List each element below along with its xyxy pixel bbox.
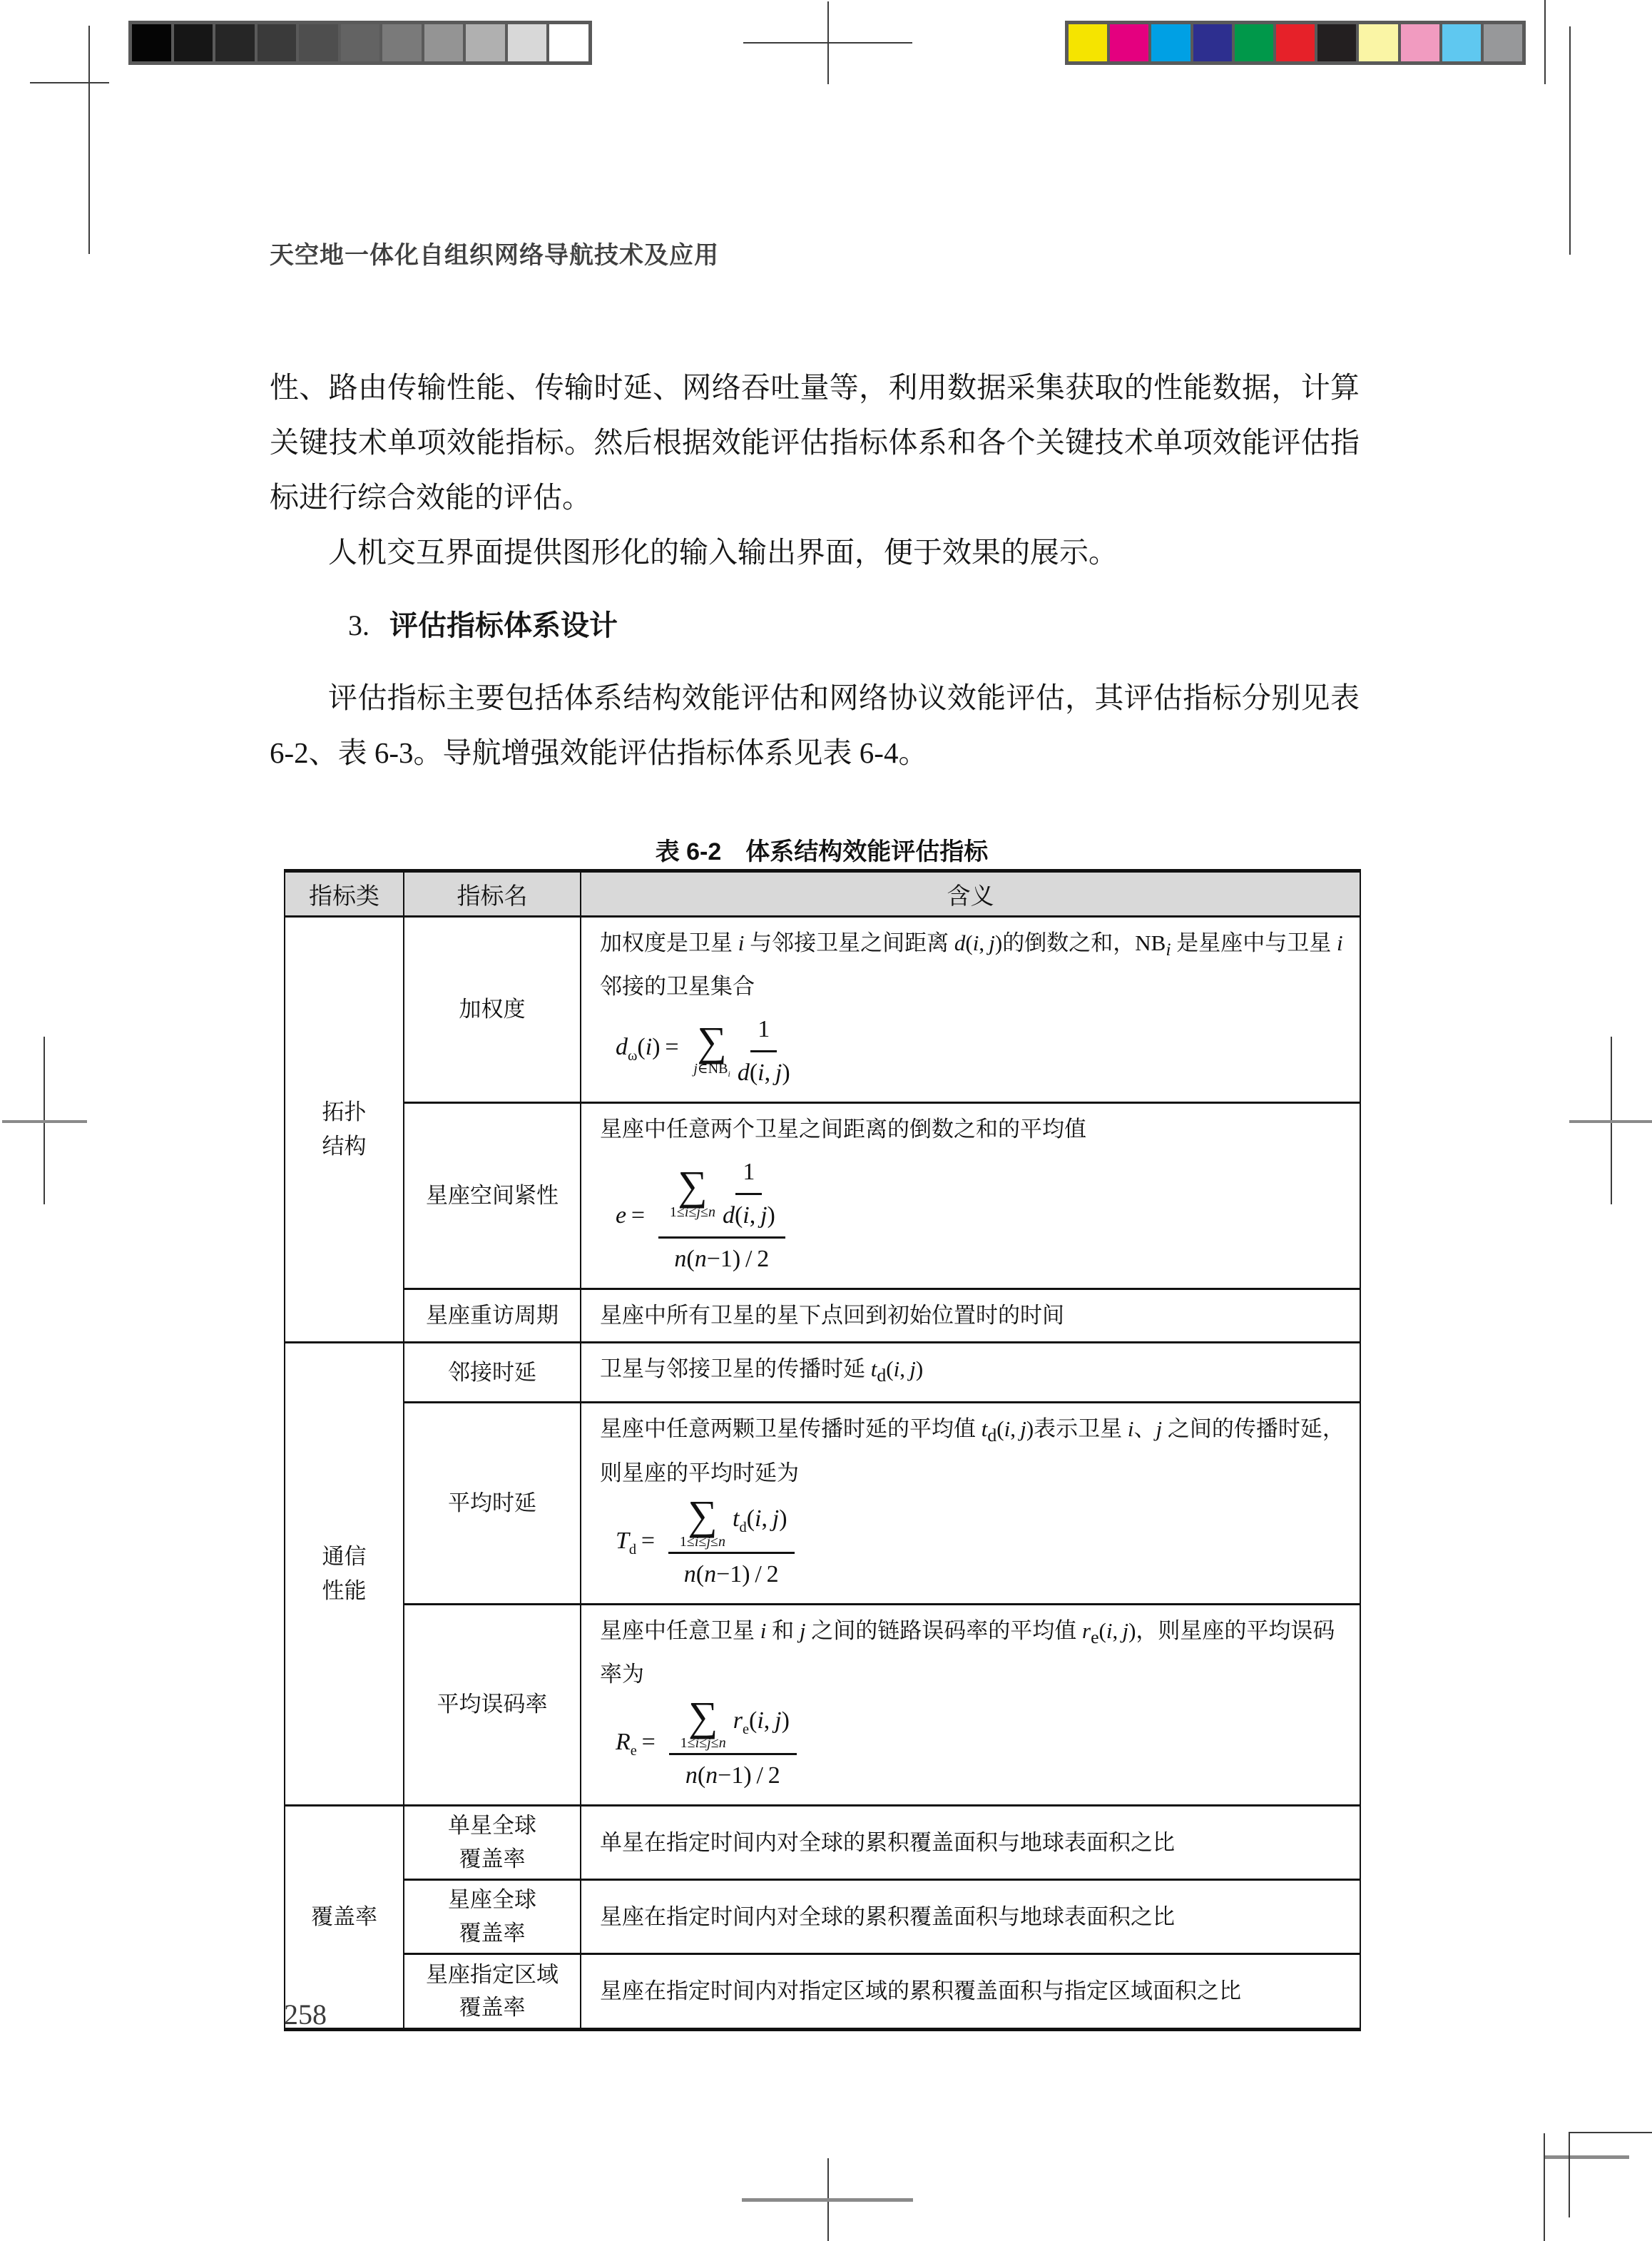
metric-name-cell: 平均时延 [404,1403,581,1604]
metric-name-cell: 星座全球覆盖率 [404,1880,581,1954]
metric-formula: Td = ∑1≤i≤j≤ntd(i, j)n(n−1) / 2 [600,1528,797,1553]
metric-formula: Re = ∑1≤i≤j≤nre(i, j)n(n−1) / 2 [600,1729,800,1754]
calibration-swatch [1110,24,1148,61]
metric-description: 星座中任意卫星 i 和 j 之间的链路误码率的平均值 re(i, j)，则星座的… [600,1612,1347,1693]
crop-mark-top-center-vertical [827,1,829,84]
calibration-swatch [382,24,422,61]
calibration-swatch [258,24,297,61]
table-row: 星座指定区域覆盖率 星座在指定时间内对指定区域的累积覆盖面积与指定区域面积之比 [285,1954,1360,2030]
calibration-swatch [215,24,255,61]
crop-mark-left-middle-horizontal [2,1120,87,1123]
calibration-swatch [341,24,380,61]
category-cell-coverage: 覆盖率 [285,1806,404,2030]
table-row: 星座空间紧性 星座中任意两个卫星之间距离的倒数之和的平均值 e = ∑1≤i≤j… [285,1103,1360,1289]
table-row: 平均时延 星座中任意两颗卫星传播时延的平均值 td(i, j)表示卫星 i、j … [285,1403,1360,1604]
table-row: 星座重访周期 星座中所有卫星的星下点回到初始位置时的时间 [285,1289,1360,1343]
metric-description: 加权度是卫星 i 与邻接卫星之间距离 d(i, j)的倒数之和，NBi 是星座中… [600,925,1347,1005]
metric-meaning-cell: 星座在指定时间内对指定区域的累积覆盖面积与指定区域面积之比 [581,1954,1360,2030]
metric-description: 卫星与邻接卫星的传播时延 td(i, j) [600,1351,1347,1394]
category-cell-topology: 拓扑结构 [285,917,404,1343]
crop-mark-bottom-right-corner-horizontal [1569,2132,1652,2133]
metric-name-cell: 星座空间紧性 [404,1103,581,1289]
metric-name-cell: 星座重访周期 [404,1289,581,1343]
calibration-swatch [549,24,588,61]
grayscale-calibration-bar [128,21,592,65]
section-heading-text: 评估指标体系设计 [389,610,618,641]
category-cell-communication: 通信性能 [285,1343,404,1806]
metric-formula: dω(i) = ∑j∈NBi1d(i, j) [600,1035,793,1059]
table-row: 拓扑结构 加权度 加权度是卫星 i 与邻接卫星之间距离 d(i, j)的倒数之和… [285,917,1360,1103]
metrics-table: 指标类 指标名 含义 拓扑结构 加权度 加权度是卫星 i 与邻接卫星之间距离 d… [284,869,1361,2031]
calibration-swatch [1442,24,1481,61]
metric-description: 星座在指定时间内对指定区域的累积覆盖面积与指定区域面积之比 [600,1973,1347,2010]
page-number: 258 [284,1998,327,2031]
metric-description: 星座中任意两个卫星之间距离的倒数之和的平均值 [600,1111,1347,1148]
metric-meaning-cell: 卫星与邻接卫星的传播时延 td(i, j) [581,1343,1360,1403]
metric-name-cell: 星座指定区域覆盖率 [404,1954,581,2030]
crop-mark-top-right-vertical-1 [1544,0,1546,84]
metric-meaning-cell: 星座中任意卫星 i 和 j 之间的链路误码率的平均值 re(i, j)，则星座的… [581,1604,1360,1805]
running-head-book-title: 天空地一体化自组织网络导航技术及应用 [270,235,719,270]
table-row: 星座全球覆盖率 星座在指定时间内对全球的累积覆盖面积与地球表面积之比 [285,1880,1360,1954]
calibration-swatch [1359,24,1397,61]
header-cell-meaning: 含义 [581,871,1360,917]
crop-mark-bottom-right-corner-vertical [1569,2132,1570,2217]
calibration-swatch [1151,24,1190,61]
calibration-swatch [1484,24,1522,61]
calibration-swatch [1317,24,1356,61]
calibration-swatch [508,24,547,61]
paragraph-2: 人机交互界面提供图形化的输入输出界面，便于效果的展示。 [270,525,1360,580]
metric-meaning-cell: 星座在指定时间内对全球的累积覆盖面积与地球表面积之比 [581,1880,1360,1954]
calibration-swatch [424,24,464,61]
crop-mark-bottom-right-horizontal-gray [1545,2155,1629,2159]
metric-meaning-cell: 单星在指定时间内对全球的累积覆盖面积与地球表面积之比 [581,1806,1360,1880]
crop-mark-top-left-vertical [88,26,90,254]
calibration-swatch [1235,24,1273,61]
calibration-swatch [299,24,338,61]
section-heading-number: 3. [348,609,369,641]
metric-meaning-cell: 星座中所有卫星的星下点回到初始位置时的时间 [581,1289,1360,1343]
metric-description: 星座在指定时间内对全球的累积覆盖面积与地球表面积之比 [600,1899,1347,1936]
paragraph-3: 评估指标主要包括体系结构效能评估和网络协议效能评估，其评估指标分别见表 6-2、… [270,671,1360,781]
paragraph-1: 性、路由传输性能、传输时延、网络吞吐量等，利用数据采集获取的性能数据，计算关键技… [270,360,1360,525]
calibration-swatch [132,24,171,61]
table-caption: 表 6-2 体系结构效能评估指标 [284,832,1360,867]
metric-description: 星座中所有卫星的星下点回到初始位置时的时间 [600,1297,1347,1334]
metric-description: 单星在指定时间内对全球的累积覆盖面积与地球表面积之比 [600,1824,1347,1861]
crop-mark-top-right-vertical-2 [1569,26,1571,255]
calibration-swatch [1193,24,1232,61]
calibration-swatch [1069,24,1107,61]
calibration-swatch [466,24,505,61]
metric-meaning-cell: 星座中任意两颗卫星传播时延的平均值 td(i, j)表示卫星 i、j 之间的传播… [581,1403,1360,1604]
crop-mark-bottom-center-horizontal [742,2198,913,2202]
book-page: 天空地一体化自组织网络导航技术及应用 性、路由传输性能、传输时延、网络吞吐量等，… [0,0,1652,2241]
calibration-swatch [174,24,213,61]
color-calibration-bar [1065,21,1526,65]
table-row: 平均误码率 星座中任意卫星 i 和 j 之间的链路误码率的平均值 re(i, j… [285,1604,1360,1805]
metric-description: 星座中任意两颗卫星传播时延的平均值 td(i, j)表示卫星 i、j 之间的传播… [600,1411,1347,1491]
metric-formula: e = ∑1≤i≤j≤n1d(i, j)n(n−1) / 2 [600,1203,788,1228]
header-cell-category: 指标类 [285,871,404,917]
metric-meaning-cell: 星座中任意两个卫星之间距离的倒数之和的平均值 e = ∑1≤i≤j≤n1d(i,… [581,1103,1360,1289]
table-row: 覆盖率 单星全球覆盖率 单星在指定时间内对全球的累积覆盖面积与地球表面积之比 [285,1806,1360,1880]
crop-mark-bottom-right-vertical-1 [1544,2133,1545,2241]
metric-name-cell: 平均误码率 [404,1604,581,1805]
header-cell-name: 指标名 [404,871,581,917]
metric-name-cell: 加权度 [404,917,581,1103]
table-row: 通信性能 邻接时延 卫星与邻接卫星的传播时延 td(i, j) [285,1343,1360,1403]
calibration-swatch [1401,24,1439,61]
calibration-swatch [1276,24,1315,61]
metrics-table-wrapper: 指标类 指标名 含义 拓扑结构 加权度 加权度是卫星 i 与邻接卫星之间距离 d… [284,869,1360,2031]
metric-name-cell: 邻接时延 [404,1343,581,1403]
metric-meaning-cell: 加权度是卫星 i 与邻接卫星之间距离 d(i, j)的倒数之和，NBi 是星座中… [581,917,1360,1103]
crop-mark-top-left-horizontal [30,82,109,83]
crop-mark-right-middle-horizontal [1569,1120,1652,1123]
metric-name-cell: 单星全球覆盖率 [404,1806,581,1880]
section-heading: 3.评估指标体系设计 [348,603,618,644]
table-header-row: 指标类 指标名 含义 [285,871,1360,917]
